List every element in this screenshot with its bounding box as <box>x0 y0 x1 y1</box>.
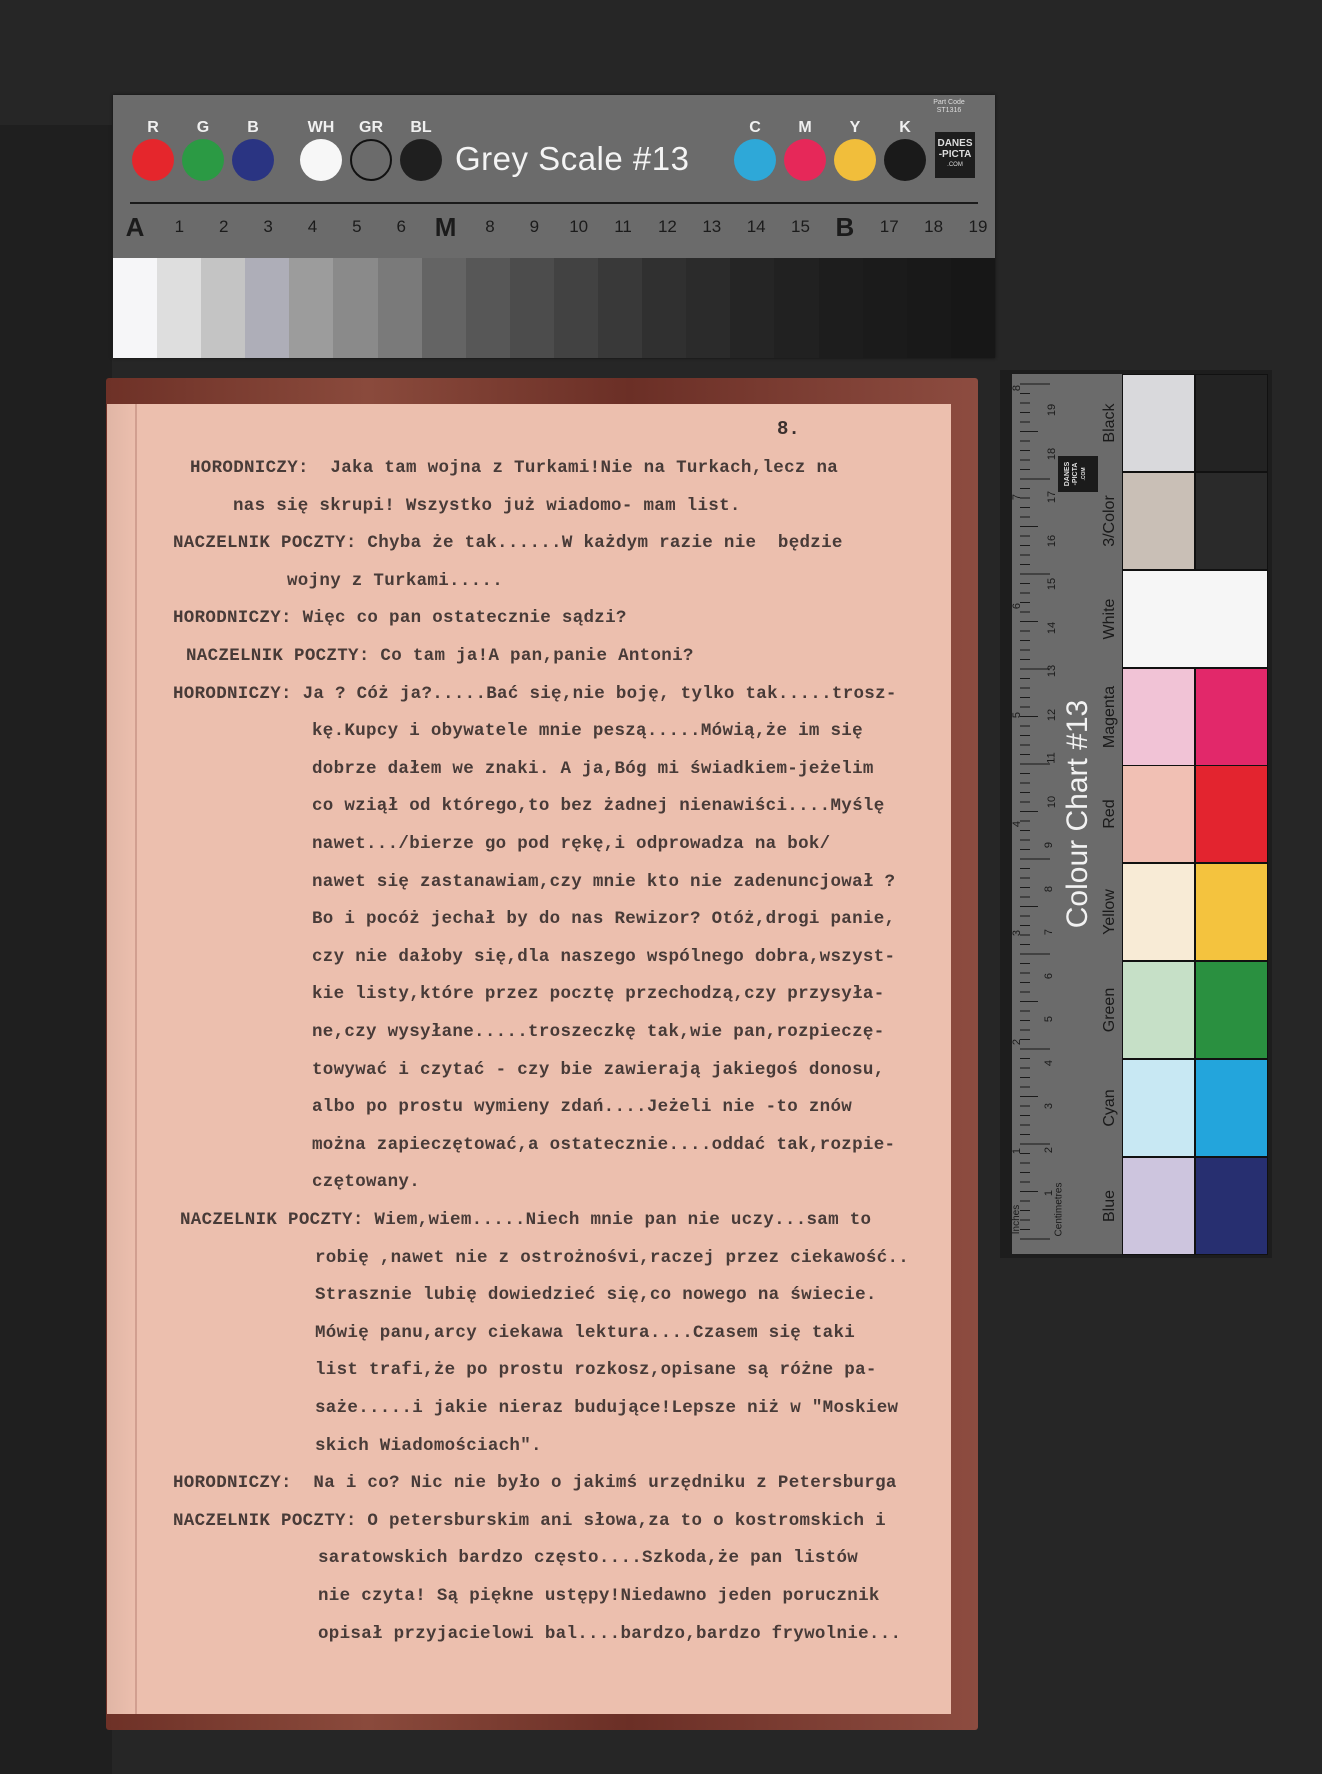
color-dot-label: B <box>231 117 275 139</box>
grey-scale-labels: A123456M89101112131415B171819 <box>113 212 995 242</box>
grey-scale-step <box>378 258 422 358</box>
typed-line: czy nie dałoby się,dla naszego wspólnego… <box>312 947 895 967</box>
danes-picta-logo-small: DANES -PICTA .COM <box>1058 456 1098 492</box>
colour-patch-green-dark <box>1195 961 1268 1059</box>
ruler-inch-mark: 3 <box>1011 930 1023 936</box>
colour-patch-3-color-dark <box>1195 472 1268 570</box>
grey-scale-step <box>598 258 642 358</box>
colour-row-label: White <box>1101 599 1119 640</box>
logo-text: DANES <box>1064 456 1072 492</box>
color-dot <box>834 139 876 181</box>
grey-scale-card: RGBWHGRBLCMYK Grey Scale #13 Part Code S… <box>113 95 995 358</box>
typed-line: kę.Kupcy i obywatele mnie peszą.....Mówi… <box>312 721 863 741</box>
colour-row-label: Black <box>1101 403 1119 442</box>
ruler-cm-mark: 4 <box>1043 1059 1055 1065</box>
color-dot <box>734 139 776 181</box>
typed-line: NACZELNIK POCZTY: Co tam ja!A pan,panie … <box>186 646 694 666</box>
typed-line: co wziął od którego,to bez żadnej nienaw… <box>312 796 885 816</box>
color-dot <box>350 139 392 181</box>
grey-scale-label: 14 <box>734 212 778 242</box>
typed-line: NACZELNIK POCZTY: Chyba że tak......W ka… <box>173 533 843 553</box>
grey-scale-label: 13 <box>690 212 734 242</box>
ruler-inch-mark: 6 <box>1011 603 1023 609</box>
color-dot-gr: GR <box>349 117 393 181</box>
ruler-cm-mark: 7 <box>1043 929 1055 935</box>
color-dot-y: Y <box>833 117 877 181</box>
color-dot-label: C <box>733 117 777 139</box>
ruler-cm-mark: 2 <box>1043 1146 1055 1152</box>
grey-scale-label: 2 <box>202 212 246 242</box>
colour-patch-cyan-dark <box>1195 1059 1268 1157</box>
part-code: Part Code ST1316 <box>929 99 969 115</box>
grey-scale-label: 5 <box>335 212 379 242</box>
colour-patch-black-dark <box>1195 374 1268 472</box>
colour-patch-blue-dark <box>1195 1157 1268 1255</box>
ruler-cm-mark: 18 <box>1046 447 1058 459</box>
typed-line: saże.....i jakie nieraz budujące!Lepsze … <box>315 1398 898 1418</box>
grey-scale-label: 6 <box>379 212 423 242</box>
ruler-cm-mark: 8 <box>1043 885 1055 891</box>
ruler-inch-mark: 4 <box>1011 821 1023 827</box>
danes-picta-logo: DANES -PICTA .COM <box>935 132 975 178</box>
typed-line: ne,czy wysyłane.....troszeczkę tak,wie p… <box>312 1022 885 1042</box>
grey-scale-label: 15 <box>779 212 823 242</box>
colour-patch-green-light <box>1122 961 1195 1059</box>
grey-scale-label: 17 <box>867 212 911 242</box>
color-dot-k: K <box>883 117 927 181</box>
typed-line: HORODNICZY: Ja ? Cóż ja?.....Bać się,nie… <box>173 684 897 704</box>
colour-row-label: Green <box>1101 988 1119 1032</box>
logo-text: -PICTA <box>1072 456 1080 492</box>
typed-line: dobrze dałem we znaki. A ja,Bóg mi świad… <box>312 759 874 779</box>
ruler-inch-mark: 7 <box>1011 494 1023 500</box>
color-dot-bl: BL <box>399 117 443 181</box>
grey-scale-step <box>951 258 995 358</box>
color-dot-r: R <box>131 117 175 181</box>
color-dot-label: Y <box>833 117 877 139</box>
typed-line: nawet.../bierze go pod rękę,i odprowadza… <box>312 834 830 854</box>
typed-line: NACZELNIK POCZTY: Wiem,wiem.....Niech mn… <box>180 1210 871 1230</box>
logo-text: DANES <box>935 138 975 149</box>
grey-scale-label: 3 <box>246 212 290 242</box>
colour-patch-cyan-light <box>1122 1059 1195 1157</box>
typed-line: robię ,nawet nie z ostrożnośvi,raczej pr… <box>315 1248 909 1268</box>
ruler-cm-mark: 17 <box>1046 491 1058 503</box>
grey-scale-steps <box>113 258 995 358</box>
grey-scale-step <box>554 258 598 358</box>
typed-line: list trafi,że po prostu rozkosz,opisane … <box>315 1360 877 1380</box>
ruler-inch-mark: 8 <box>1011 385 1023 391</box>
typed-line: HORODNICZY: Jaka tam wojna z Turkami!Nie… <box>190 458 838 478</box>
ruler-cm-mark: 14 <box>1046 621 1058 633</box>
colour-patch-red-light <box>1122 765 1195 863</box>
typed-line: NACZELNIK POCZTY: O petersburskim ani sł… <box>173 1511 886 1531</box>
inches-label: Inches <box>1011 1205 1022 1234</box>
grey-scale-label: 18 <box>912 212 956 242</box>
grey-scale-label: 19 <box>956 212 1000 242</box>
grey-scale-step <box>245 258 289 358</box>
grey-scale-step <box>774 258 818 358</box>
ruler-cm-mark: 13 <box>1046 665 1058 677</box>
grey-scale-step <box>157 258 201 358</box>
color-dot <box>182 139 224 181</box>
color-dot <box>400 139 442 181</box>
ruler-inch-mark: 1 <box>1011 1148 1023 1154</box>
grey-scale-label: M <box>424 212 468 242</box>
grey-scale-step <box>333 258 377 358</box>
color-dot-label: BL <box>399 117 443 139</box>
grey-scale-label: B <box>823 212 867 242</box>
color-dot-label: M <box>783 117 827 139</box>
typed-line: towywać i czytać - czy bie zawierają jak… <box>312 1060 885 1080</box>
typed-line: Mówię panu,arcy ciekawa lektura....Czase… <box>315 1323 855 1343</box>
ruler-cm-mark: 11 <box>1046 752 1058 763</box>
centimetres-label: Centimetres <box>1053 1183 1064 1237</box>
grey-scale-label: 1 <box>157 212 201 242</box>
grey-scale-step <box>730 258 774 358</box>
colour-chart: Colour Chart #13 Inches Centimetres DANE… <box>1000 370 1272 1258</box>
typed-line: Strasznie lubię dowiedzieć się,co nowego… <box>315 1285 877 1305</box>
ruler-inch-mark: 2 <box>1011 1039 1023 1045</box>
color-dot-label: K <box>883 117 927 139</box>
typed-line: HORODNICZY: Na i co? Nic nie było o jaki… <box>173 1473 897 1493</box>
colour-patch-3-color-light <box>1122 472 1195 570</box>
logo-text: -PICTA <box>935 149 975 160</box>
grey-scale-step <box>113 258 157 358</box>
typed-line: albo po prostu wymieny zdań....Jeżeli ni… <box>312 1097 852 1117</box>
page-number: 8. <box>777 418 800 440</box>
grey-scale-step <box>686 258 730 358</box>
colour-row-label: 3/Color <box>1101 495 1119 547</box>
colour-patch-blue-light <box>1122 1157 1195 1255</box>
grey-scale-label: 12 <box>645 212 689 242</box>
colour-patch-yellow-dark <box>1195 863 1268 961</box>
color-dot-c: C <box>733 117 777 181</box>
ruler-inch-mark: 5 <box>1011 712 1023 718</box>
ruler-cm-mark: 12 <box>1046 708 1058 720</box>
typed-line: skich Wiadomościach". <box>315 1436 542 1456</box>
ruler-cm-mark: 10 <box>1046 795 1058 807</box>
typed-line: opisał przyjacielowi bal....bardzo,bardz… <box>318 1624 901 1644</box>
grey-scale-step <box>289 258 333 358</box>
logo-text: .COM <box>1080 456 1088 492</box>
color-dot-label: R <box>131 117 175 139</box>
color-dot <box>300 139 342 181</box>
colour-patch-white <box>1122 570 1268 668</box>
color-dot-m: M <box>783 117 827 181</box>
typed-line: HORODNICZY: Więc co pan ostatecznie sądz… <box>173 608 627 628</box>
color-dot <box>232 139 274 181</box>
divider <box>130 202 978 204</box>
typed-line: nas się skrupi! Wszystko już wiadomo- ma… <box>233 496 741 516</box>
colour-row-label: Red <box>1101 799 1119 828</box>
page-fold <box>135 404 137 1714</box>
grey-scale-step <box>907 258 951 358</box>
typed-line: czętowany. <box>312 1172 420 1192</box>
colour-row-label: Blue <box>1101 1190 1119 1222</box>
grey-scale-label: 8 <box>468 212 512 242</box>
ruler-cm-mark: 6 <box>1043 972 1055 978</box>
typed-line: nie czyta! Są piękne ustępy!Niedawno jed… <box>318 1586 880 1606</box>
color-dot-wh: WH <box>299 117 343 181</box>
ruler-cm-mark: 1 <box>1043 1190 1055 1196</box>
colour-row-label: Yellow <box>1101 889 1119 935</box>
grey-scale-label: 10 <box>557 212 601 242</box>
grey-scale-step <box>819 258 863 358</box>
grey-scale-step <box>422 258 466 358</box>
colour-row-label: Cyan <box>1101 1089 1119 1126</box>
logo-text: .COM <box>935 160 975 171</box>
typed-line: saratowskich bardzo często....Szkoda,że … <box>318 1548 858 1568</box>
colour-chart-title: Colour Chart #13 <box>1061 700 1095 928</box>
typed-line: kie listy,które przez pocztę przechodzą,… <box>312 984 885 1004</box>
document-page: 8. HORODNICZY: Jaka tam wojna z Turkami!… <box>107 404 951 1714</box>
grey-scale-label: A <box>113 212 157 242</box>
color-dot <box>784 139 826 181</box>
ruler-cm-mark: 9 <box>1043 842 1055 848</box>
ruler-cm-mark: 16 <box>1046 534 1058 546</box>
typed-line: wojny z Turkami..... <box>287 571 503 591</box>
typed-line: można zapieczętować,a ostatecznie....odd… <box>312 1135 895 1155</box>
grey-scale-title: Grey Scale #13 <box>455 140 689 178</box>
colour-patch-magenta-dark <box>1195 668 1268 766</box>
colour-patch-yellow-light <box>1122 863 1195 961</box>
grey-scale-label: 9 <box>512 212 556 242</box>
grey-scale-step <box>510 258 554 358</box>
grey-scale-step <box>642 258 686 358</box>
grey-scale-label: 4 <box>290 212 334 242</box>
ruler-panel: Colour Chart #13 Inches Centimetres DANE… <box>1012 374 1122 1254</box>
colour-patch-red-dark <box>1195 765 1268 863</box>
colour-patch-black-light <box>1122 374 1195 472</box>
color-dot-label: WH <box>299 117 343 139</box>
ruler-cm-mark: 5 <box>1043 1016 1055 1022</box>
ruler-cm-mark: 19 <box>1046 404 1058 416</box>
color-dot-label: G <box>181 117 225 139</box>
color-dot <box>132 139 174 181</box>
colour-patch-magenta-light <box>1122 668 1195 766</box>
ruler-cm-mark: 3 <box>1043 1103 1055 1109</box>
color-dot <box>884 139 926 181</box>
colour-row-label: Magenta <box>1101 686 1119 748</box>
background-strip <box>0 125 112 1774</box>
typed-line: Bo i pocóż jechał by do nas Rewizor? Otó… <box>312 909 895 929</box>
ruler-ticks <box>1020 374 1060 1254</box>
grey-scale-step <box>466 258 510 358</box>
color-dot-b: B <box>231 117 275 181</box>
grey-scale-label: 11 <box>601 212 645 242</box>
grey-scale-step <box>863 258 907 358</box>
ruler-cm-mark: 15 <box>1046 578 1058 590</box>
color-dot-label: GR <box>349 117 393 139</box>
grey-scale-step <box>201 258 245 358</box>
typed-line: nawet się zastanawiam,czy mnie kto nie z… <box>312 872 895 892</box>
color-dot-g: G <box>181 117 225 181</box>
